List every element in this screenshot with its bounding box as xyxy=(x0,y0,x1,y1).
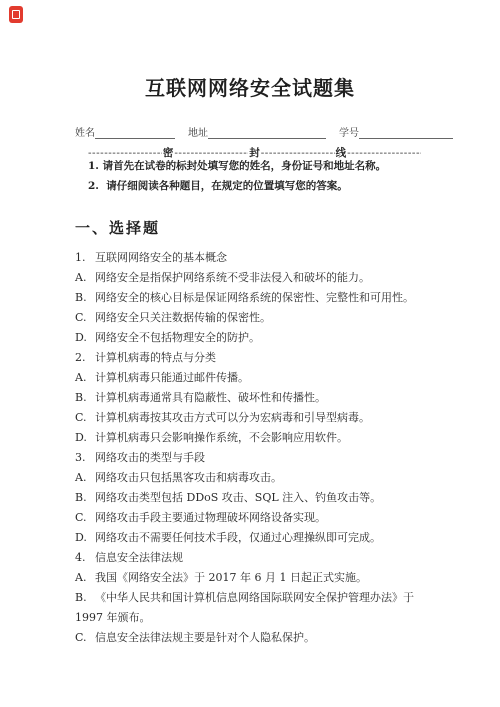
option-label: B. xyxy=(75,388,95,408)
question-4-stem: 4.信息安全法律法规 xyxy=(75,548,429,568)
option-label: C. xyxy=(75,628,95,648)
watermark-glyph-icon xyxy=(12,10,20,19)
student-id-field-label: 学号 xyxy=(339,124,359,139)
address-field-blank-line xyxy=(208,127,326,139)
option-text: 网络攻击只包括黑客攻击和病毒攻击。 xyxy=(95,471,282,484)
option-label: B. xyxy=(75,588,95,608)
question-3-option-c: C.网络攻击手段主要通过物理破坏网络设备实现。 xyxy=(75,508,429,528)
exam-paper-page: 互联网网络安全试题集 姓名 地址 学号 --------------------… xyxy=(0,0,500,707)
question-number: 3. xyxy=(75,448,95,468)
question-1-stem: 1.互联网网络安全的基本概念 xyxy=(75,248,429,268)
student-id-field: 学号 xyxy=(339,124,453,139)
question-2-option-c: C.计算机病毒按其攻击方式可以分为宏病毒和引导型病毒。 xyxy=(75,408,429,428)
option-text: 我国《网络安全法》于 2017 年 6 月 1 日起正式实施。 xyxy=(95,571,367,584)
notice-line-2: 2. 请仔细阅读各种题目，在规定的位置填写您的答案。 xyxy=(88,176,428,196)
option-text: 网络攻击不需要任何技术手段，仅通过心理操纵即可完成。 xyxy=(95,531,381,544)
question-list: 1.互联网网络安全的基本概念 A.网络安全是指保护网络系统不受非法侵入和破坏的能… xyxy=(75,248,429,648)
option-text: 《中华人民共和国计算机信息网络国际联网安全保护管理办法》于 1997 年颁布。 xyxy=(75,591,414,624)
name-field-label: 姓名 xyxy=(75,124,95,139)
option-label: B. xyxy=(75,488,95,508)
notice-line-1: 1. 请首先在试卷的标封处填写您的姓名，身份证号和地址名称。 xyxy=(88,156,428,176)
question-1-option-c: C.网络安全只关注数据传输的保密性。 xyxy=(75,308,429,328)
header-fields-row: 姓名 地址 学号 xyxy=(75,124,429,139)
option-label: A. xyxy=(75,268,95,288)
option-text: 信息安全法律法规主要是针对个人隐私保护。 xyxy=(95,631,315,644)
section-heading: 一、选择题 xyxy=(75,217,160,238)
question-stem-text: 网络攻击的类型与手段 xyxy=(95,451,205,464)
address-field: 地址 xyxy=(188,124,339,139)
option-text: 计算机病毒只会影响操作系统，不会影响应用软件。 xyxy=(95,431,348,444)
option-label: D. xyxy=(75,328,95,348)
student-id-field-blank-line xyxy=(359,127,453,139)
name-field-blank-line xyxy=(95,127,175,139)
question-3-option-d: D.网络攻击不需要任何技术手段，仅通过心理操纵即可完成。 xyxy=(75,528,429,548)
question-stem-text: 计算机病毒的特点与分类 xyxy=(95,351,216,364)
option-label: D. xyxy=(75,428,95,448)
option-label: B. xyxy=(75,288,95,308)
question-2-option-a: A.计算机病毒只能通过邮件传播。 xyxy=(75,368,429,388)
option-text: 计算机病毒按其攻击方式可以分为宏病毒和引导型病毒。 xyxy=(95,411,370,424)
option-text: 网络安全是指保护网络系统不受非法侵入和破坏的能力。 xyxy=(95,271,370,284)
option-label: C. xyxy=(75,508,95,528)
option-text: 网络攻击手段主要通过物理破坏网络设备实现。 xyxy=(95,511,326,524)
question-4-option-a: A.我国《网络安全法》于 2017 年 6 月 1 日起正式实施。 xyxy=(75,568,429,588)
option-label: A. xyxy=(75,568,95,588)
question-3-stem: 3.网络攻击的类型与手段 xyxy=(75,448,429,468)
option-label: C. xyxy=(75,408,95,428)
question-4-option-c: C.信息安全法律法规主要是针对个人隐私保护。 xyxy=(75,628,429,648)
option-text: 计算机病毒通常具有隐蔽性、破坏性和传播性。 xyxy=(95,391,326,404)
option-text: 网络安全不包括物理安全的防护。 xyxy=(95,331,260,344)
question-1-option-d: D.网络安全不包括物理安全的防护。 xyxy=(75,328,429,348)
red-watermark-badge xyxy=(9,6,23,23)
address-field-label: 地址 xyxy=(188,124,208,139)
option-text: 网络安全的核心目标是保证网络系统的保密性、完整性和可用性。 xyxy=(95,291,414,304)
question-4-option-b: B.《中华人民共和国计算机信息网络国际联网安全保护管理办法》于 1997 年颁布… xyxy=(75,588,429,628)
question-3-option-b: B.网络攻击类型包括 DDoS 攻击、SQL 注入、钓鱼攻击等。 xyxy=(75,488,429,508)
question-3-option-a: A.网络攻击只包括黑客攻击和病毒攻击。 xyxy=(75,468,429,488)
question-number: 4. xyxy=(75,548,95,568)
option-label: C. xyxy=(75,308,95,328)
question-number: 1. xyxy=(75,248,95,268)
question-2-option-b: B.计算机病毒通常具有隐蔽性、破坏性和传播性。 xyxy=(75,388,429,408)
question-stem-text: 信息安全法律法规 xyxy=(95,551,183,564)
option-text: 网络攻击类型包括 DDoS 攻击、SQL 注入、钓鱼攻击等。 xyxy=(95,491,381,504)
question-1-option-b: B.网络安全的核心目标是保证网络系统的保密性、完整性和可用性。 xyxy=(75,288,429,308)
option-text: 计算机病毒只能通过邮件传播。 xyxy=(95,371,249,384)
question-2-stem: 2.计算机病毒的特点与分类 xyxy=(75,348,429,368)
exam-notices: 1. 请首先在试卷的标封处填写您的姓名，身份证号和地址名称。 2. 请仔细阅读各… xyxy=(88,156,428,196)
question-1-option-a: A.网络安全是指保护网络系统不受非法侵入和破坏的能力。 xyxy=(75,268,429,288)
name-field: 姓名 xyxy=(75,124,188,139)
question-number: 2. xyxy=(75,348,95,368)
option-label: D. xyxy=(75,528,95,548)
option-label: A. xyxy=(75,468,95,488)
option-label: A. xyxy=(75,368,95,388)
question-2-option-d: D.计算机病毒只会影响操作系统，不会影响应用软件。 xyxy=(75,428,429,448)
page-title: 互联网网络安全试题集 xyxy=(0,72,500,101)
option-text: 网络安全只关注数据传输的保密性。 xyxy=(95,311,271,324)
question-stem-text: 互联网网络安全的基本概念 xyxy=(95,251,227,264)
